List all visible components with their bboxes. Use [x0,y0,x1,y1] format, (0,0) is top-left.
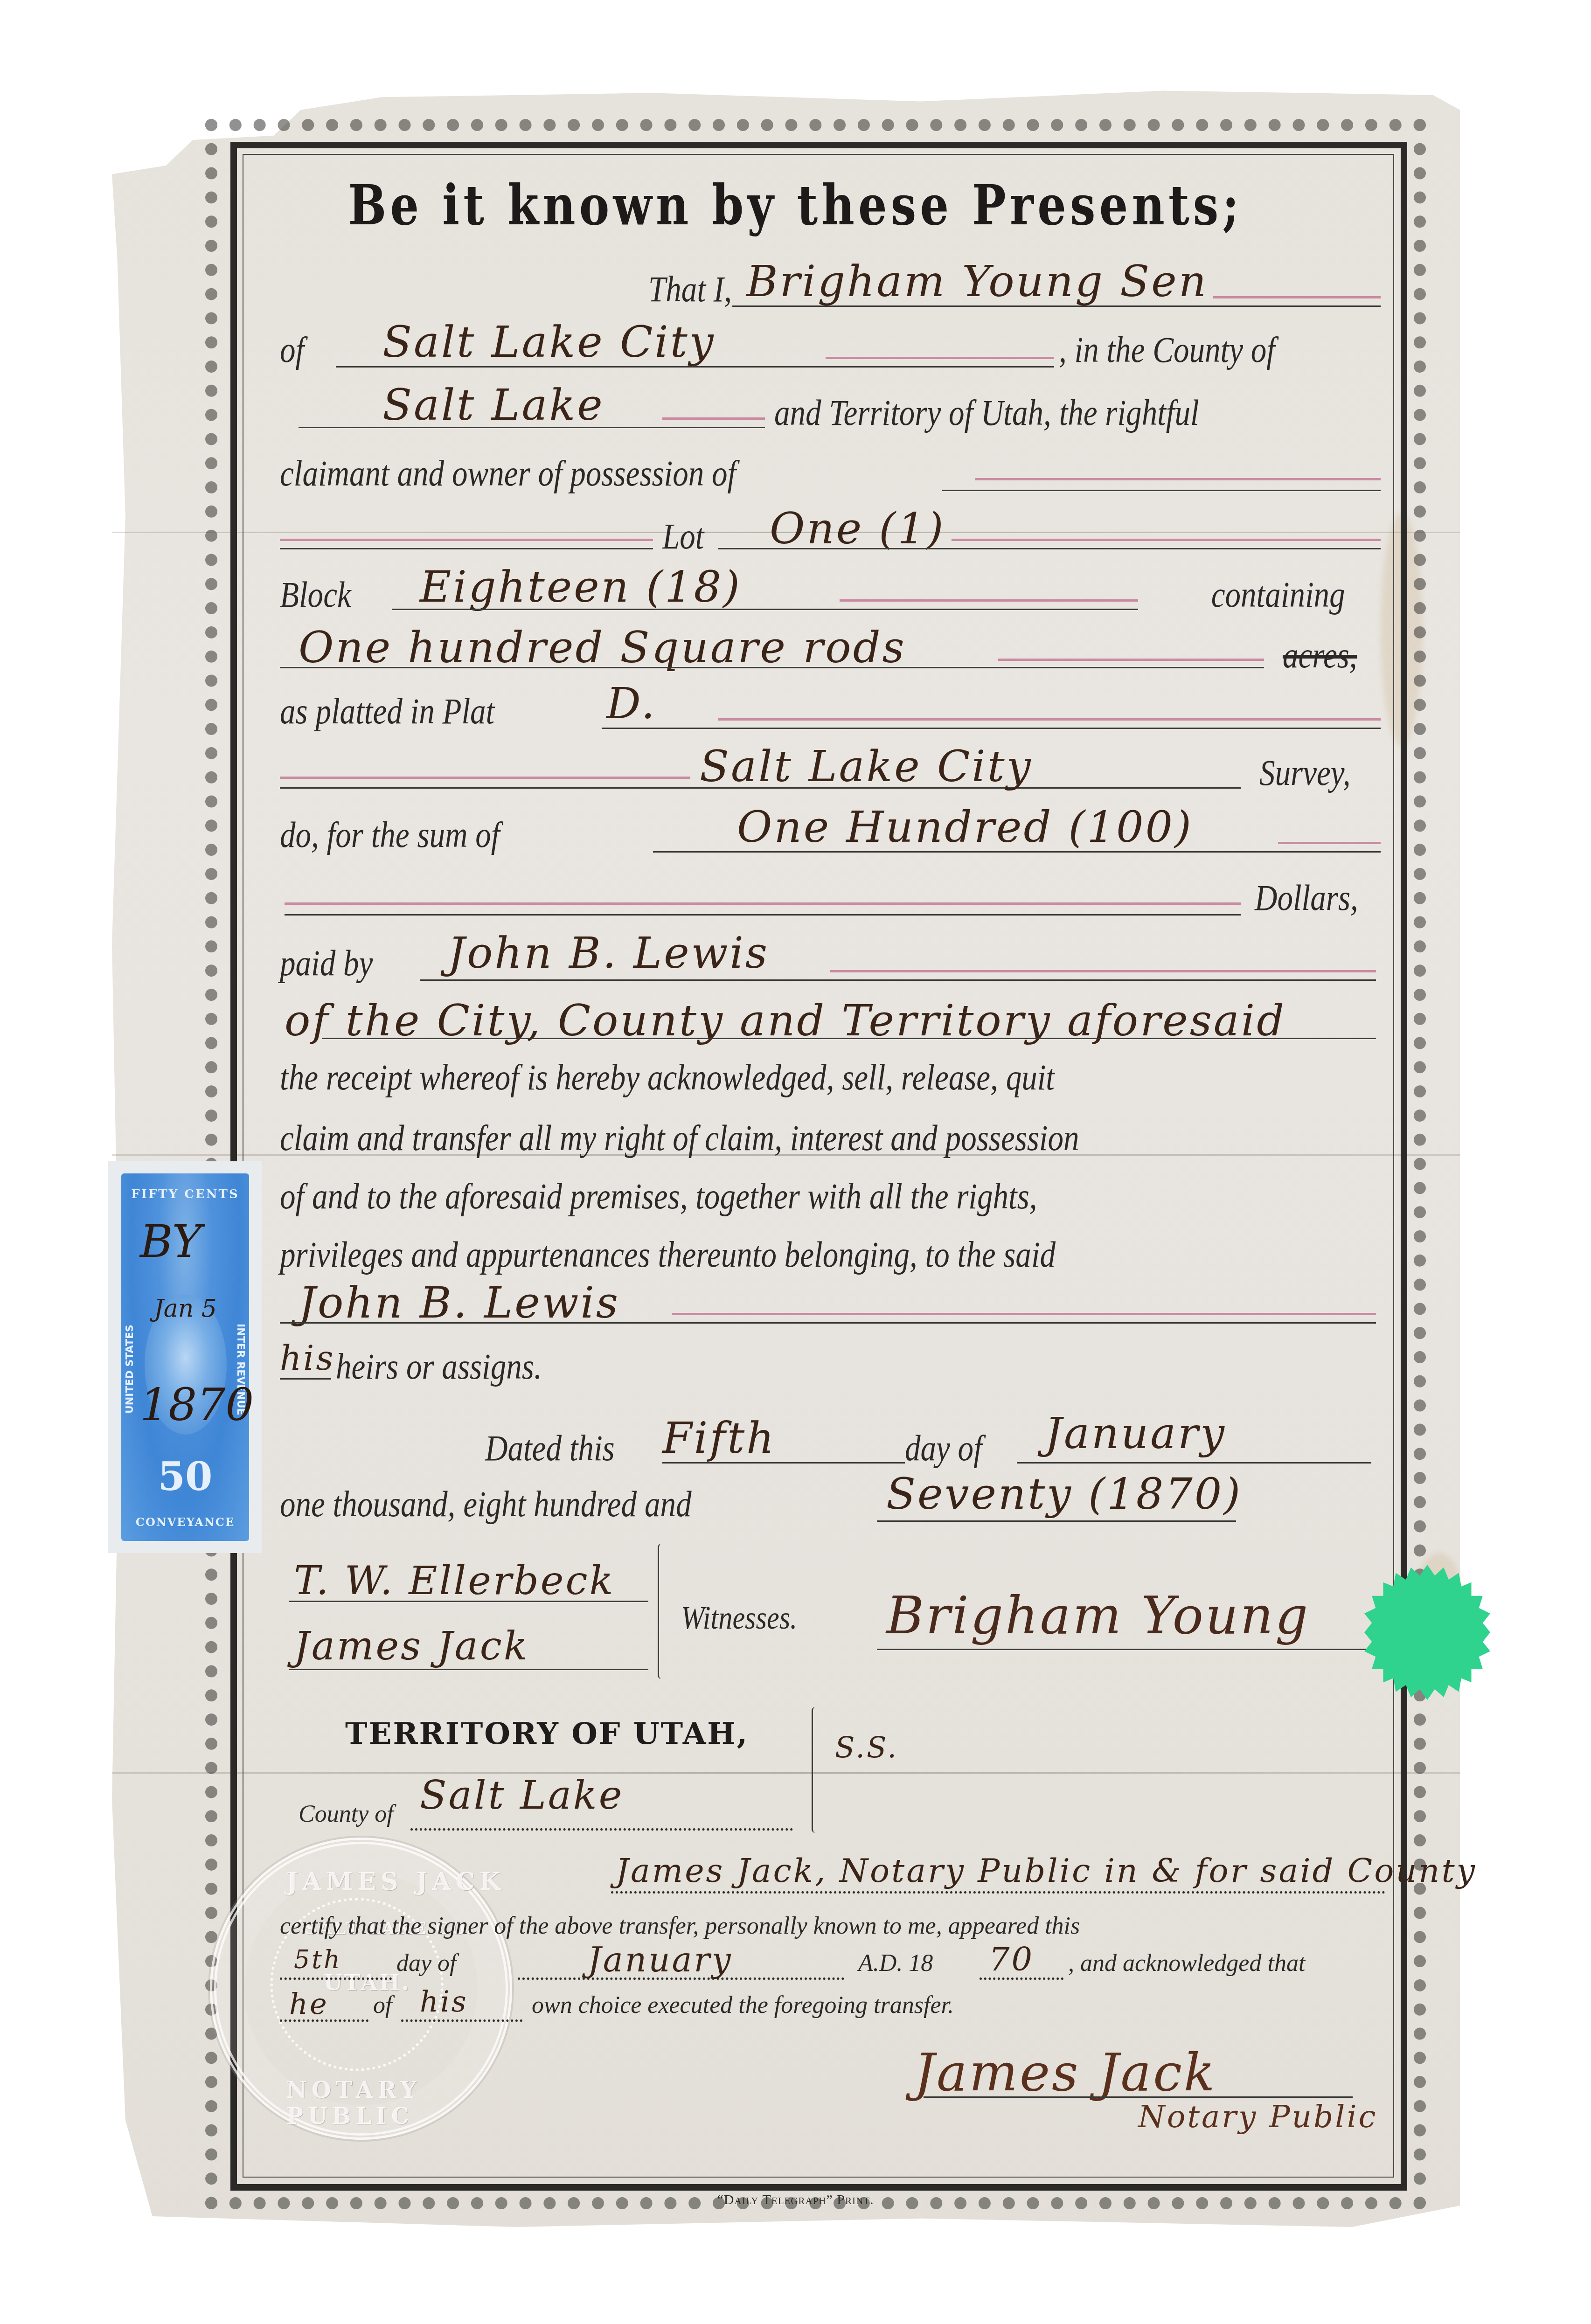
deed-year: Seventy (1870) [886,1469,1242,1519]
witness-signature: T. W. Ellerbeck [294,1558,615,1603]
printed-text: and Territory of Utah, the rightful [774,392,1199,434]
fill-line [877,1520,1236,1522]
sale-amount: One Hundred (100) [737,802,1193,852]
seal-title: NOTARY PUBLIC [286,2077,506,2130]
printed-text: of [280,329,304,371]
printed-text: Survey, [1259,752,1351,794]
fill-line [280,2019,368,2022]
ack-possessive: his [420,1984,468,2019]
fill-line [611,1891,1385,1894]
fill-line [518,1977,844,1980]
fill-line [280,548,653,549]
stamp-denomination-text: FIFTY CENTS [121,1187,249,1201]
fill-line [662,1462,905,1464]
witness-signature: James Jack [294,1623,529,1669]
of-label: of [373,1991,392,2019]
signature-line [289,1601,648,1602]
body-text-line: privileges and appurtenances thereunto b… [280,1234,1056,1276]
grantor-city: Salt Lake City [382,317,716,367]
grantor-signature: Brigham Young [886,1586,1310,1645]
deed-day: Fifth [662,1413,776,1463]
seal-name: JAMES JACK [286,1867,505,1896]
fill-line [280,1322,1376,1324]
ack-pronoun: he [289,1987,329,2021]
printed-text: claimant and owner of possession of [280,452,736,494]
notary-signature: James Jack [914,2043,1216,2102]
fill-line [653,851,1381,853]
signature-line [289,1669,648,1670]
fill-line [280,1977,392,1980]
county-label: County of [299,1800,394,1828]
printer-imprint: “Daily Telegraph” Print. [0,2192,1591,2208]
ad-label: A.D. 18 [858,1949,933,1977]
printed-text: Dollars, [1255,877,1358,919]
fill-line [410,1828,793,1831]
day-of-label: day of [396,1949,457,1977]
grantee-name-repeat: John B. Lewis [299,1278,620,1328]
stamp-cancel-year: 1870 [140,1379,254,1431]
lot-number: One (1) [770,504,945,554]
printed-text: Block [280,574,351,616]
green-wafer-seal [1364,1565,1490,1700]
fill-line [392,609,1138,610]
revenue-stamp: FIFTY CENTS UNITED STATES INTER REVENUE … [108,1161,262,1553]
area-quantity: One hundred Square rods [299,623,906,673]
guide-line [672,1313,1376,1315]
ack-day: 5th [294,1945,342,1974]
printed-text: do, for the sum of [280,814,500,856]
fill-line [285,914,1241,916]
signature-line [924,2096,1353,2098]
stamp-cancel-date: Jan 5 [154,1295,217,1323]
guide-line [975,478,1381,480]
guide-line [952,539,1381,541]
stamp-value: 50 [121,1453,249,1499]
printed-text: , in the County of [1059,329,1275,371]
fill-line [322,1038,1376,1039]
grantor-name: Brigham Young Sen [746,257,1208,306]
printed-text: as platted in Plat [280,690,494,732]
witnesses-label: Witnesses. [681,1600,797,1637]
printed-text: day of [905,1427,982,1469]
plat-letter: D. [606,679,657,728]
ack-month: January [588,1940,733,1979]
certify-text: certify that the signer of the above tra… [280,1912,1080,1940]
venue-brace [812,1707,820,1833]
guide-line [998,659,1264,661]
guide-line [280,539,653,541]
fill-line [336,366,1054,368]
guide-line [840,599,1138,602]
guide-line [1213,296,1381,298]
fill-line [732,305,1381,307]
notary-statement: James Jack, Notary Public in & for said … [616,1852,1477,1890]
body-text-line: of and to the aforesaid premises, togeth… [280,1175,1037,1217]
fill-line [980,1977,1063,1980]
fill-line [280,1378,331,1380]
grantee-name: John B. Lewis [448,928,769,978]
guide-line [826,357,1054,359]
stamp-face: FIFTY CENTS UNITED STATES INTER REVENUE … [121,1173,249,1541]
ack-year: 70 [989,1940,1034,1978]
block-number: Eighteen (18) [420,562,742,612]
signature-line [877,1649,1385,1650]
own-choice-text: own choice executed the foregoing transf… [532,1991,954,2019]
printed-text: heirs or assigns. [336,1346,542,1387]
stamp-type: CONVEYANCE [121,1515,249,1529]
printed-text: Lot [662,515,704,557]
document-title: Be it known by these Presents; [143,173,1448,237]
scilicet-mark: S.S. [835,1730,898,1764]
heirs-pronoun: his [280,1339,335,1378]
stamp-cancel-initials: BY [140,1215,201,1268]
guide-line [718,718,1381,721]
printed-text: containing [1211,574,1345,616]
printed-text: That I, [648,268,732,310]
printed-text: one thousand, eight hundred and [280,1483,692,1525]
survey-name: Salt Lake City [700,742,1033,791]
fill-line [420,979,1376,981]
deed-month: January [1045,1408,1226,1458]
printed-text: paid by [280,942,373,984]
struck-word-acres: acres, [1283,634,1357,676]
fill-line [401,2019,522,2022]
guide-line [280,777,690,779]
body-text-line: claim and transfer all my right of claim… [280,1117,1079,1159]
guide-line [662,417,765,420]
printed-text: Dated this [485,1427,615,1469]
fill-line [602,728,1381,729]
notary-title: Notary Public [1138,2099,1378,2135]
witness-brace [658,1544,666,1679]
guide-line [285,902,1241,905]
fill-line [280,667,1264,668]
ack-county: Salt Lake [420,1772,624,1818]
fill-line [942,490,1381,491]
body-text-line: the receipt whereof is hereby acknowledg… [280,1056,1055,1098]
fill-line [1017,1462,1371,1464]
grantor-county: Salt Lake [382,380,604,430]
territory-heading: TERRITORY OF UTAH, [345,1716,749,1751]
acknowledged-text: , and acknowledged that [1068,1949,1305,1977]
guide-line [1278,842,1381,844]
fill-line [718,548,1381,549]
fill-line [299,427,765,428]
guide-line [830,970,1376,972]
